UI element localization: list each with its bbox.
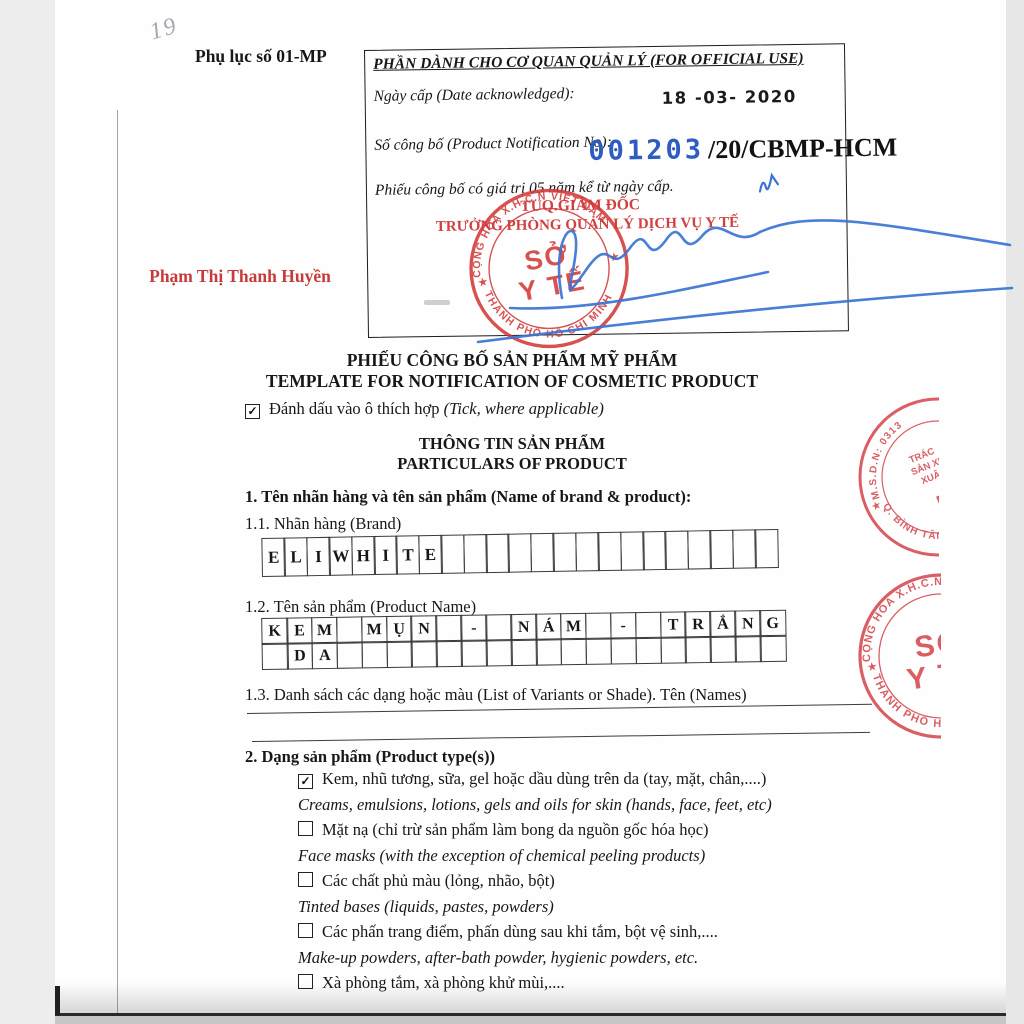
product-cell: [486, 639, 513, 666]
brand-cell: I: [306, 537, 331, 576]
product-cell: D: [286, 643, 313, 670]
product-type-option-en: Tinted bases (liquids, pastes, powders): [298, 894, 772, 920]
product-cell: [511, 639, 538, 666]
product-cell: [411, 641, 438, 668]
product-type-option: Các chất phủ màu (lỏng, nhão, bột): [298, 868, 772, 894]
seal-star-left-icon: ★: [476, 274, 489, 290]
brand-cell: E: [261, 538, 286, 577]
product-cell: E: [286, 617, 313, 644]
product-cell: -: [610, 612, 637, 639]
product-type-option: ✓Kem, nhũ tương, sữa, gel hoặc dầu dùng …: [298, 766, 772, 792]
product-cell: G: [759, 610, 786, 637]
official-use-box: PHẦN DÀNH CHO CƠ QUAN QUẢN LÝ (FOR OFFIC…: [364, 43, 849, 338]
product-cell: A: [311, 642, 338, 669]
product-name-label: 1.2. Tên sản phẩm (Product Name): [245, 597, 476, 617]
product-cell: [336, 642, 363, 669]
product-cell: [760, 635, 787, 662]
brand-cell: [642, 531, 667, 570]
product-cell: [560, 638, 587, 665]
product-cell: [262, 643, 289, 670]
notification-number-suffix: /20/CBMP-HCM: [708, 133, 898, 165]
product-cell: [485, 614, 512, 641]
product-cell: [685, 636, 712, 663]
product-cell: [386, 641, 413, 668]
checkbox-unchecked-icon: [298, 821, 313, 836]
product-cell: T: [660, 611, 687, 638]
product-cell: [660, 637, 687, 664]
product-cell: M: [361, 616, 388, 643]
checkbox-unchecked-icon: [298, 923, 313, 938]
signer-name: Phạm Thị Thanh Huyền: [135, 266, 345, 287]
product-cell: Ắ: [709, 611, 736, 638]
product-type-option-en: Creams, emulsions, lotions, gels and oil…: [298, 792, 772, 818]
tick-instruction-en: (Tick, where applicable): [444, 399, 604, 418]
brand-cell: [485, 534, 510, 573]
notification-number-stamp: 001203: [588, 134, 704, 167]
product-cell: -: [460, 614, 487, 641]
product-cell: [585, 638, 612, 665]
product-cell: [436, 640, 463, 667]
date-acknowledged-label: Ngày cấp (Date acknowledged):: [374, 85, 575, 106]
form-title-en: TEMPLATE FOR NOTIFICATION OF COSMETIC PR…: [0, 371, 1024, 392]
product-cell: N: [411, 615, 438, 642]
scan-crease-line: [117, 110, 118, 1013]
date-stamp: 18 -03- 2020: [662, 87, 797, 108]
brand-cell: [709, 530, 734, 569]
checkbox-checked-icon: ✓: [298, 774, 313, 789]
product-cell: [610, 638, 637, 665]
product-cell: [536, 639, 563, 666]
brand-cell: H: [351, 536, 376, 575]
product-cell: Á: [535, 613, 562, 640]
product-cell: [635, 612, 662, 639]
scan-margin-bottom: [55, 1016, 1006, 1024]
brand-cell: [732, 529, 757, 568]
brand-cell: [620, 531, 645, 570]
so-y-te-seal-partial: CỘNG HÒA X.H.C.N VIỆT NAM THÀNH PHỐ HỒ C…: [853, 568, 941, 754]
product-type-list: ✓Kem, nhũ tương, sữa, gel hoặc dầu dùng …: [298, 766, 772, 996]
product-cell: [585, 613, 612, 640]
brand-cell: [754, 529, 779, 568]
brand-cell: L: [284, 537, 309, 576]
product-name-grid: KEMMỤN-NÁM-TRẮNGDA: [261, 610, 786, 671]
product-cell: M: [311, 617, 338, 644]
brand-cell: [553, 533, 578, 572]
checkbox-unchecked-icon: [298, 974, 313, 989]
product-cell: K: [261, 618, 288, 645]
brand-cell: [463, 534, 488, 573]
product-type-option: Mặt nạ (chỉ trừ sản phẩm làm bong da ngu…: [298, 817, 772, 843]
checkbox-unchecked-icon: [298, 872, 313, 887]
product-type-option: Các phấn trang điểm, phấn dùng sau khi t…: [298, 919, 772, 945]
notification-number-label: Số công bố (Product Notification No):: [374, 134, 612, 155]
product-cell: [435, 615, 462, 642]
product-cell: [461, 640, 488, 667]
brand-label: 1.1. Nhãn hàng (Brand): [245, 514, 401, 534]
handwritten-tick-icon: [757, 170, 783, 196]
form-title-vi: PHIẾU CÔNG BỐ SẢN PHẨM MỸ PHẨM: [0, 350, 1024, 371]
edge-seal-star-icon: ★: [866, 659, 879, 674]
product-cell: R: [685, 611, 712, 638]
brand-cell: [530, 533, 555, 572]
brand-cell: [575, 532, 600, 571]
product-cell: [635, 637, 662, 664]
product-cell: [710, 636, 737, 663]
section2-heading: 2. Dạng sản phẩm (Product type(s)): [245, 747, 495, 767]
brand-cell: [597, 532, 622, 571]
edge-seal-center-line1: SỞ: [912, 624, 941, 665]
brand-cell: W: [329, 536, 354, 575]
checkbox-checked-icon: ✓: [245, 404, 260, 419]
product-type-option-en: Make-up powders, after-bath powder, hygi…: [298, 945, 772, 971]
official-use-header: PHẦN DÀNH CHO CƠ QUAN QUẢN LÝ (FOR OFFIC…: [373, 50, 804, 74]
brand-cell: [687, 530, 712, 569]
company-seal-logo-mark: L: [932, 484, 939, 527]
product-cell: N: [734, 610, 761, 637]
product-cell: M: [560, 613, 587, 640]
section1-heading: 1. Tên nhãn hàng và tên sản phẩm (Name o…: [245, 487, 691, 507]
appendix-label: Phụ lục số 01-MP: [195, 46, 327, 67]
brand-cell: T: [396, 535, 421, 574]
scan-corner-mark: [55, 986, 60, 1015]
product-cell: [336, 616, 363, 643]
company-seal-partial: M.S.D.N: 0313 Q. BÌNH TÂN ★ TRÁC SẢN XU …: [853, 392, 939, 568]
scan-edge-right: [1006, 0, 1024, 1024]
tick-instruction-vi: Đánh dấu vào ô thích hợp: [269, 399, 444, 418]
so-y-te-seal: CỘNG HÒA X.H.C.N VIỆT NAM THÀNH PHỐ HỒ C…: [463, 182, 635, 354]
scan-smudge: [424, 300, 450, 305]
product-cell: [361, 641, 388, 668]
seal-star-right-icon: ★: [608, 249, 621, 265]
company-seal-star-icon: ★: [870, 499, 884, 514]
notification-number-row: 001203/20/CBMP-HCM: [588, 132, 897, 167]
brand-cell: E: [418, 535, 443, 574]
product-cell: Ụ: [386, 616, 413, 643]
brand-cell: [441, 534, 466, 573]
product-cell: N: [510, 614, 537, 641]
product-cell: [735, 636, 762, 663]
variants-label: 1.3. Danh sách các dạng hoặc màu (List o…: [245, 685, 747, 705]
tick-instruction: ✓Đánh dấu vào ô thích hợp (Tick, where a…: [245, 399, 604, 419]
brand-cell: [665, 531, 690, 570]
scanned-document: 19 Phụ lục số 01-MP PHẦN DÀNH CHO CƠ QUA…: [0, 0, 1024, 1024]
brand-cell: [508, 533, 533, 572]
brand-cell: I: [373, 536, 398, 575]
product-type-option-en: Face masks (with the exception of chemic…: [298, 843, 772, 869]
product-type-option: Xà phòng tắm, xà phòng khử mùi,....: [298, 970, 772, 996]
